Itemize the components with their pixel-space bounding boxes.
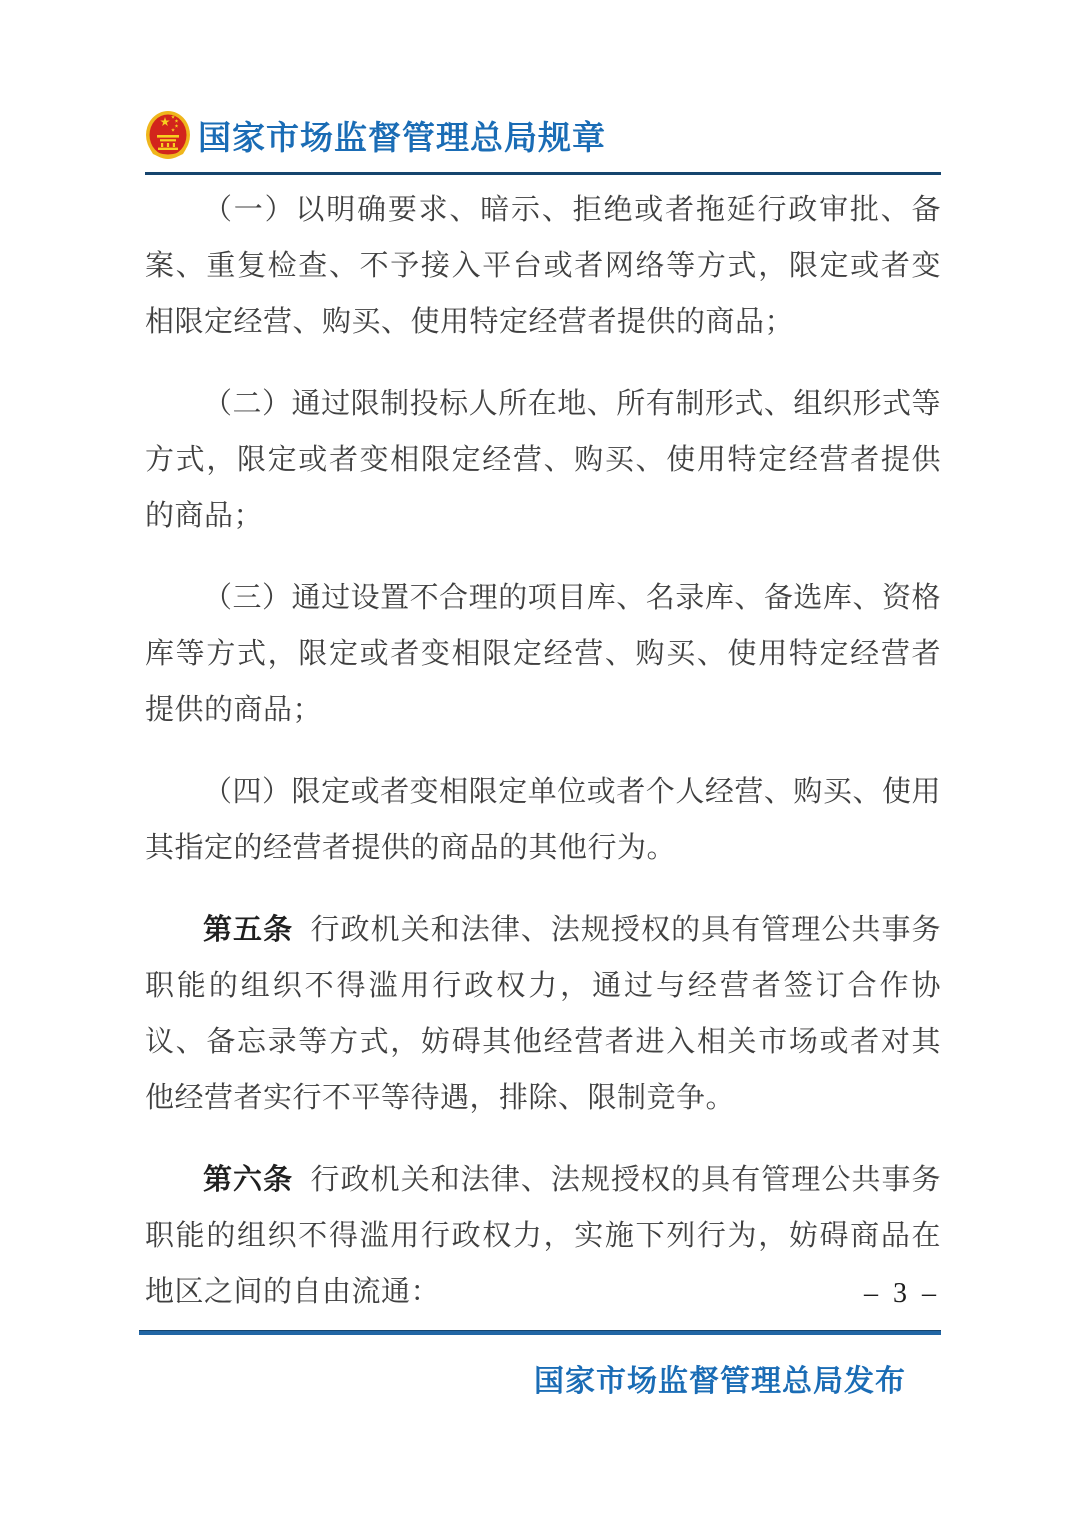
document-page: 国家市场监督管理总局规章 （一）以明确要求、暗示、拒绝或者拖延行政审批、备案、重… xyxy=(0,0,1074,1520)
body-paragraph-2: （二）通过限制投标人所在地、所有制形式、组织形式等方式，限定或者变相限定经营、购… xyxy=(145,376,941,544)
document-body: （一）以明确要求、暗示、拒绝或者拖延行政审批、备案、重复检查、不予接入平台或者网… xyxy=(145,182,941,1346)
body-paragraph-6: 第六条行政机关和法律、法规授权的具有管理公共事务职能的组织不得滥用行政权力，实施… xyxy=(145,1152,941,1320)
paragraph-text: （二）通过限制投标人所在地、所有制形式、组织形式等方式，限定或者变相限定经营、购… xyxy=(145,388,941,532)
body-paragraph-4: （四）限定或者变相限定单位或者个人经营、购买、使用其指定的经营者提供的商品的其他… xyxy=(145,764,941,876)
footer-publisher: 国家市场监督管理总局发布 xyxy=(534,1356,906,1400)
body-paragraph-3: （三）通过设置不合理的项目库、名录库、备选库、资格库等方式，限定或者变相限定经营… xyxy=(145,570,941,738)
paragraph-text: （四）限定或者变相限定单位或者个人经营、购买、使用其指定的经营者提供的商品的其他… xyxy=(145,776,941,864)
body-paragraph-5: 第五条行政机关和法律、法规授权的具有管理公共事务职能的组织不得滥用行政权力，通过… xyxy=(145,902,941,1126)
national-emblem-icon xyxy=(145,110,191,160)
clause-lead-article-6: 第六条 xyxy=(203,1164,293,1196)
clause-lead-article-5: 第五条 xyxy=(203,914,293,946)
body-paragraph-1: （一）以明确要求、暗示、拒绝或者拖延行政审批、备案、重复检查、不予接入平台或者网… xyxy=(145,182,941,350)
page-number: – 3 – xyxy=(864,1278,940,1310)
footer-divider xyxy=(139,1330,941,1335)
header-title: 国家市场监督管理总局规章 xyxy=(198,112,606,159)
paragraph-text: （一）以明确要求、暗示、拒绝或者拖延行政审批、备案、重复检查、不予接入平台或者网… xyxy=(145,194,941,338)
document-header: 国家市场监督管理总局规章 xyxy=(145,110,941,175)
paragraph-text: （三）通过设置不合理的项目库、名录库、备选库、资格库等方式，限定或者变相限定经营… xyxy=(145,582,941,726)
